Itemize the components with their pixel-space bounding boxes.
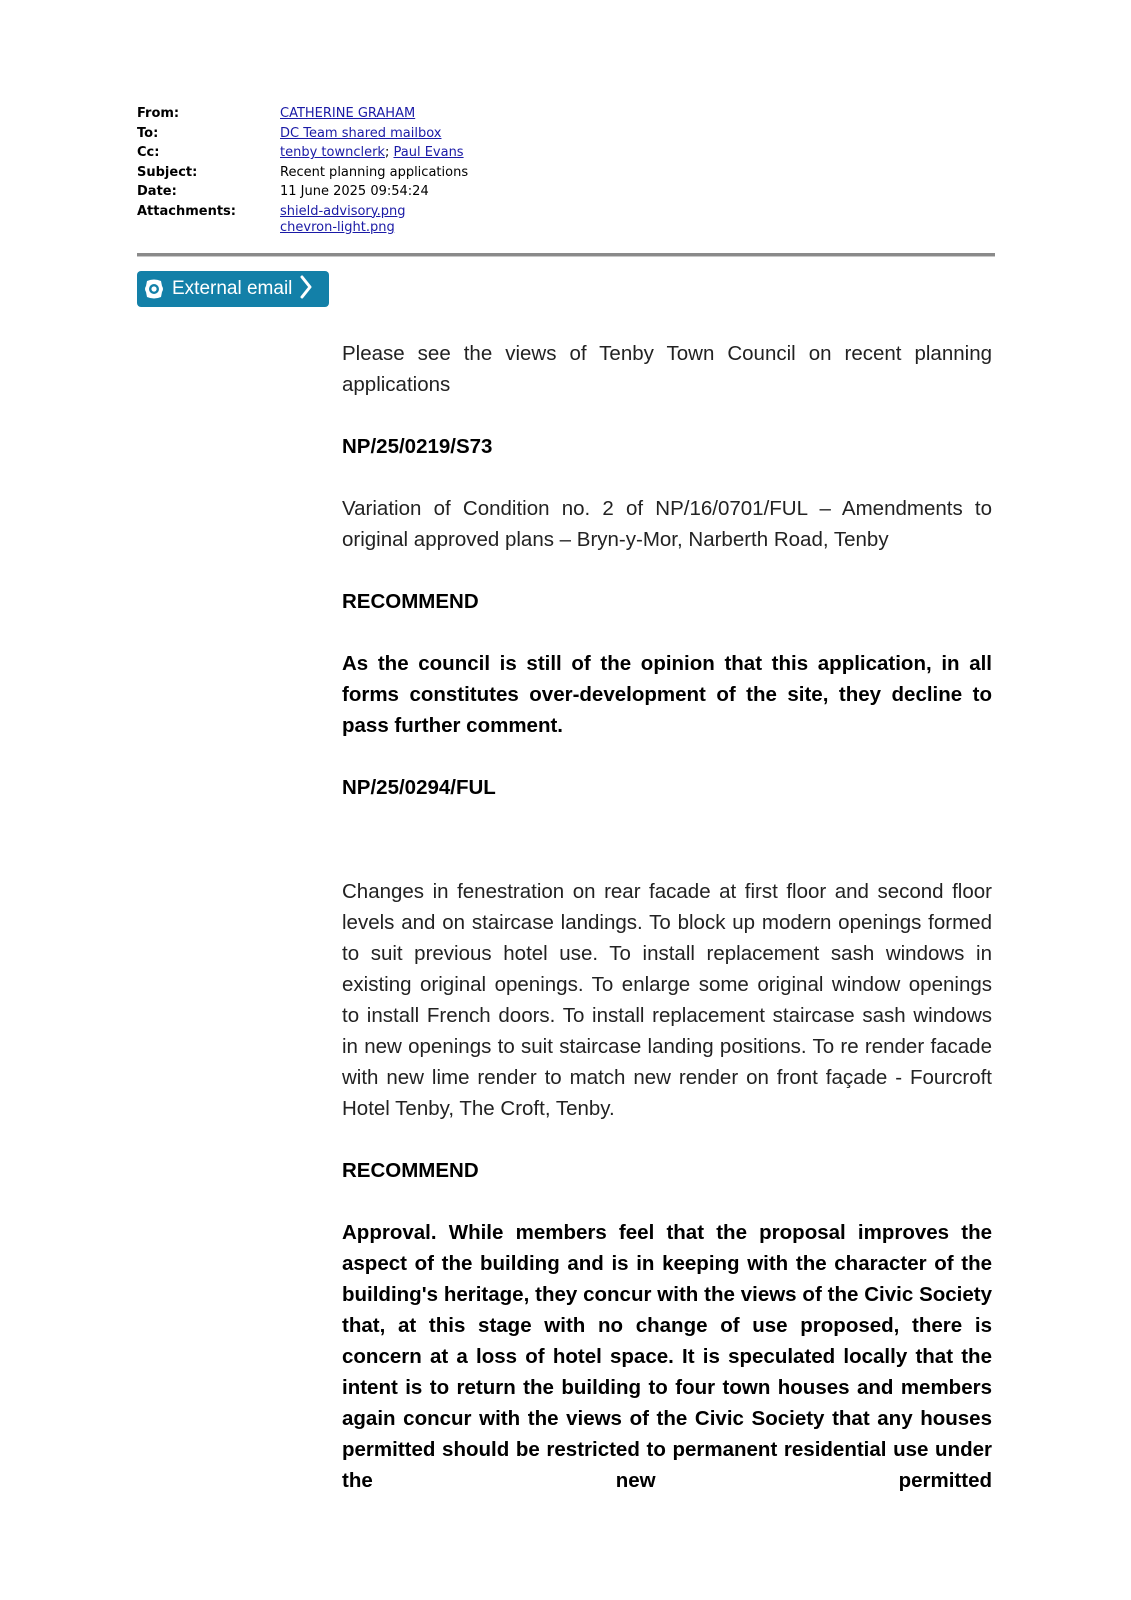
external-email-badge[interactable]: External email: [137, 271, 329, 307]
application-reference-2: NP/25/0294/FUL: [342, 772, 992, 803]
recommendation-1: As the council is still of the opinion t…: [342, 648, 992, 741]
application-description-2: Changes in fenestration on rear facade a…: [342, 876, 992, 1124]
from-row: From: CATHERINE GRAHAM: [137, 104, 995, 124]
email-header: From: CATHERINE GRAHAM To: DC Team share…: [137, 104, 995, 236]
recommendation-2: Approval. While members feel that the pr…: [342, 1217, 992, 1496]
attachments-row: Attachments: shield-advisory.png chevron…: [137, 202, 995, 236]
chevron-right-icon: [299, 275, 313, 304]
subject-value: Recent planning applications: [280, 163, 995, 183]
cc-link-paul-evans[interactable]: Paul Evans: [393, 145, 463, 160]
cc-row: Cc: tenby townclerk; Paul Evans: [137, 143, 995, 163]
from-label: From:: [137, 104, 280, 124]
to-row: To: DC Team shared mailbox: [137, 124, 995, 144]
subject-row: Subject: Recent planning applications: [137, 163, 995, 183]
recommend-heading-1: RECOMMEND: [342, 586, 992, 617]
intro-text: Please see the views of Tenby Town Counc…: [342, 338, 992, 400]
cc-label: Cc:: [137, 143, 280, 163]
attachments-label: Attachments:: [137, 202, 280, 236]
external-email-label: External email: [172, 278, 292, 300]
to-label: To:: [137, 124, 280, 144]
date-row: Date: 11 June 2025 09:54:24: [137, 182, 995, 202]
to-link[interactable]: DC Team shared mailbox: [280, 126, 441, 141]
application-reference-1: NP/25/0219/S73: [342, 431, 992, 462]
date-label: Date:: [137, 182, 280, 202]
attachment-link-shield-advisory[interactable]: shield-advisory.png: [280, 204, 995, 220]
subject-label: Subject:: [137, 163, 280, 183]
from-link[interactable]: CATHERINE GRAHAM: [280, 106, 415, 121]
email-body: Please see the views of Tenby Town Counc…: [342, 338, 992, 1527]
recommend-heading-2: RECOMMEND: [342, 1155, 992, 1186]
spacer: [342, 834, 992, 876]
cc-link-townclerk[interactable]: tenby townclerk: [280, 145, 385, 160]
header-divider: [137, 253, 995, 257]
attachment-link-chevron-light[interactable]: chevron-light.png: [280, 220, 995, 236]
date-value: 11 June 2025 09:54:24: [280, 182, 995, 202]
shield-advisory-icon: [143, 278, 165, 300]
application-description-1: Variation of Condition no. 2 of NP/16/07…: [342, 493, 992, 555]
